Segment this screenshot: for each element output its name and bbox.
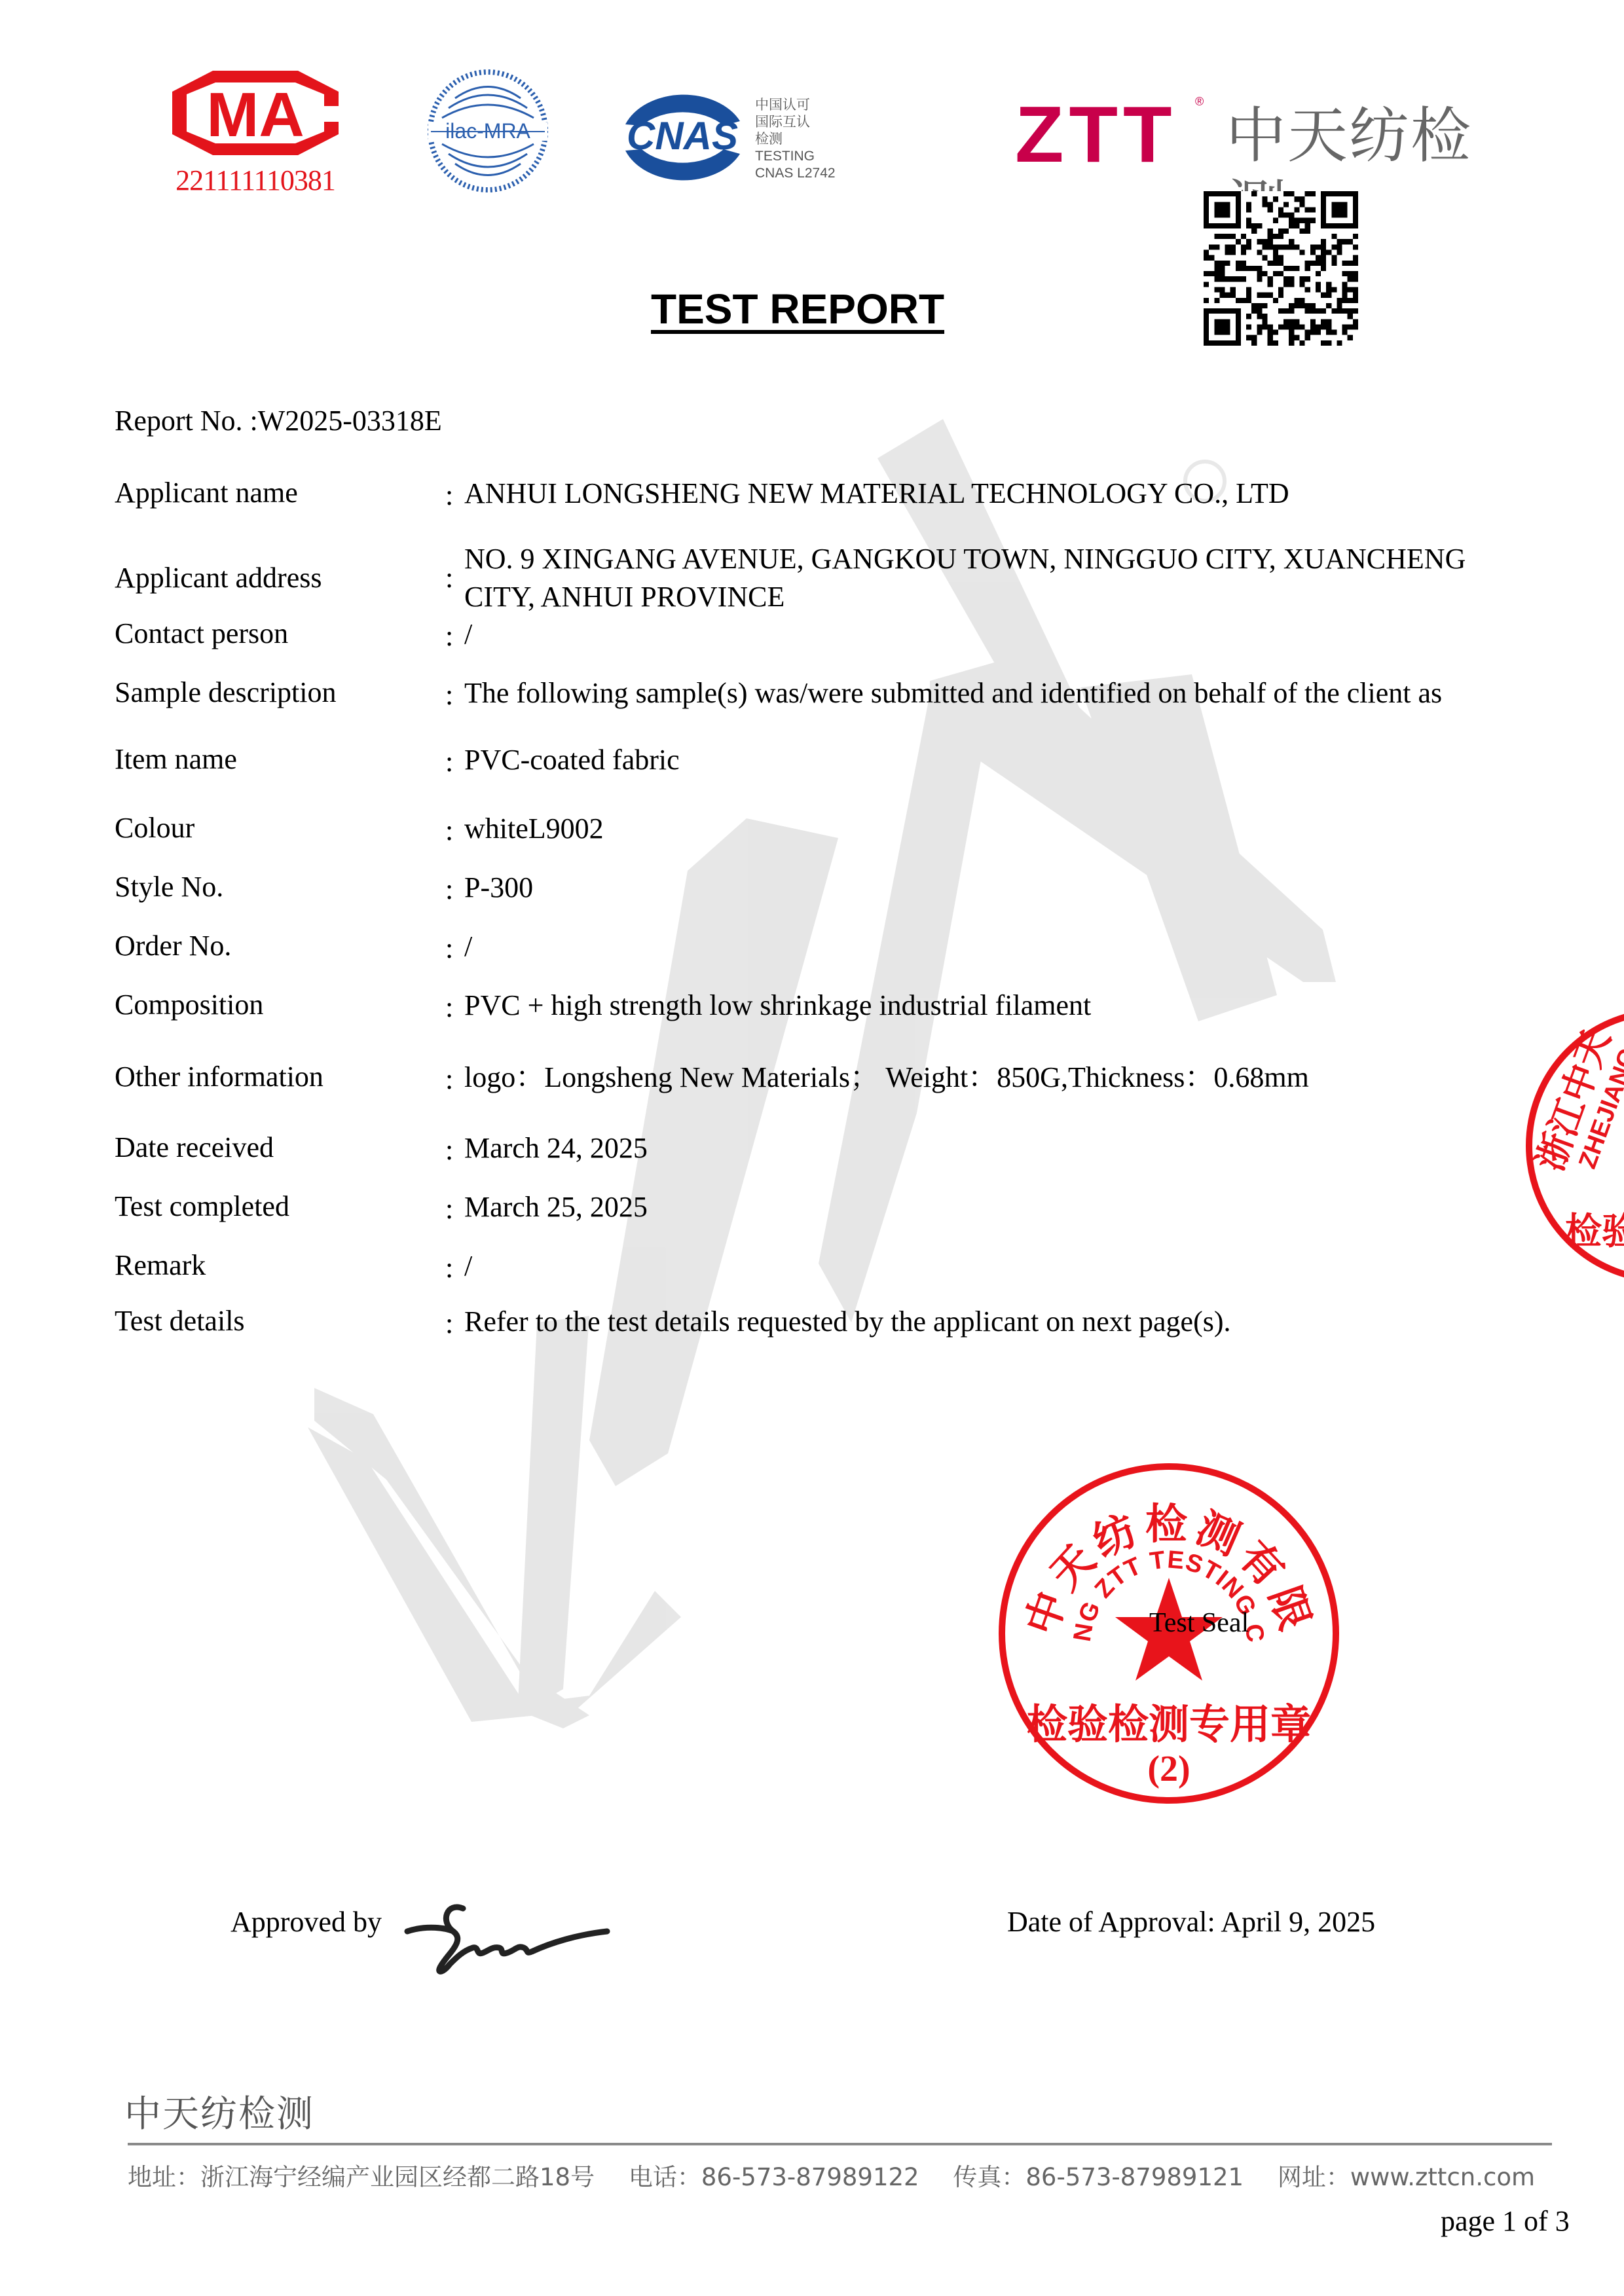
field-value: whiteL9002 (464, 810, 604, 848)
field-label: Other information (115, 1059, 323, 1095)
cnas-mark-icon: CNAS (612, 85, 753, 190)
registered-mark: ® (1195, 95, 1204, 109)
svg-text:检验: 检验 (1565, 1211, 1624, 1253)
field-value: NO. 9 XINGANG AVENUE, GANGKOU TOWN, NING… (464, 540, 1466, 578)
ilac-mra-logo: ilac-MRA (426, 69, 550, 193)
ztt-brand-logo: ZTT ® 中天纺检测 (1015, 95, 1532, 173)
field-label: Applicant name (115, 475, 298, 511)
field-colon: : (445, 1250, 453, 1286)
field-value: The following sample(s) was/were submitt… (464, 674, 1442, 712)
footer-divider (128, 2143, 1552, 2145)
field-value: CITY, ANHUI PROVINCE (464, 578, 784, 616)
footer-website[interactable]: 网址：www.zttcn.com (1278, 2163, 1535, 2191)
field-value: / (464, 615, 472, 653)
cma-logo: MA 221111110381 (160, 65, 350, 196)
field-colon: : (445, 989, 453, 1026)
page-title: TEST REPORT (651, 283, 944, 335)
field-colon: : (445, 744, 453, 780)
field-colon: : (445, 477, 453, 514)
date-of-approval: Date of Approval: April 9, 2025 (1007, 1905, 1375, 1939)
seal-label: Test Seal (1149, 1607, 1249, 1639)
field-label: Date received (115, 1129, 274, 1166)
field-label: Applicant address (115, 560, 322, 596)
field-value: P-300 (464, 869, 533, 907)
field-label: Test completed (115, 1188, 289, 1225)
cma-number: 221111110381 (160, 164, 350, 197)
field-colon: : (445, 1132, 453, 1169)
field-colon: : (445, 1305, 453, 1342)
field-colon: : (445, 871, 453, 908)
field-value: ANHUI LONGSHENG NEW MATERIAL TECHNOLOGY … (464, 475, 1289, 513)
field-value: PVC + high strength low shrinkage indust… (464, 987, 1091, 1025)
field-colon: : (445, 618, 453, 655)
field-value: / (464, 928, 472, 966)
field-colon: : (445, 1191, 453, 1228)
field-colon: : (445, 1061, 453, 1098)
svg-text:CNAS: CNAS (627, 114, 738, 158)
field-label: Style No. (115, 869, 223, 905)
field-value: March 24, 2025 (464, 1129, 648, 1167)
report-number: Report No. :W2025-03318E (115, 404, 442, 437)
qr-code-icon[interactable] (1204, 191, 1358, 346)
field-value: logo：Longsheng New Materials； Weight：850… (464, 1059, 1309, 1097)
cnas-caption: 中国认可 国际互认 检测 TESTING CNAS L2742 (755, 97, 836, 182)
cnas-logo: CNAS 中国认可 国际互认 检测 TESTING CNAS L2742 (612, 85, 848, 190)
field-label: Contact person (115, 615, 288, 652)
footer-address: 地址：浙江海宁经编产业园区经都二路18号 (128, 2163, 595, 2191)
field-label: Item name (115, 741, 237, 778)
field-colon: : (445, 812, 453, 849)
signature-icon (401, 1895, 617, 1980)
field-label: Composition (115, 987, 263, 1023)
field-value: PVC-coated fabric (464, 741, 680, 779)
field-colon: : (445, 930, 453, 967)
footer-brand: 中天纺检测 (124, 2085, 314, 2138)
cma-mark-icon: MA (167, 65, 344, 160)
svg-text:(2): (2) (1147, 1749, 1190, 1789)
ztt-wordmark: ZTT (1015, 95, 1177, 173)
field-colon: : (445, 560, 453, 596)
page-number: page 1 of 3 (1441, 2204, 1570, 2238)
field-value: March 25, 2025 (464, 1188, 648, 1226)
footer-contact-info: 地址：浙江海宁经编产业园区经都二路18号 电话：86-573-87989122 … (128, 2157, 1561, 2193)
svg-text:检验检测专用章: 检验检测专用章 (1027, 1700, 1311, 1748)
field-label: Colour (115, 810, 194, 847)
ilac-globe-icon: ilac-MRA (426, 69, 550, 193)
edge-seal-stamp-icon: 浙江中天 ZHEJIANG 检验 (1519, 1002, 1624, 1290)
field-colon: : (445, 677, 453, 714)
field-value: / (464, 1247, 472, 1285)
approved-by-label: Approved by (231, 1905, 382, 1939)
field-label: Order No. (115, 928, 231, 964)
footer-phone: 电话：86-573-87989122 (629, 2163, 919, 2191)
field-label: Test details (115, 1303, 245, 1339)
field-value: Refer to the test details requested by t… (464, 1303, 1231, 1341)
svg-text:MA: MA (206, 80, 304, 150)
footer-fax: 传真：86-573-87989121 (953, 2163, 1244, 2191)
field-label: Sample description (115, 674, 337, 711)
field-label: Remark (115, 1247, 206, 1284)
